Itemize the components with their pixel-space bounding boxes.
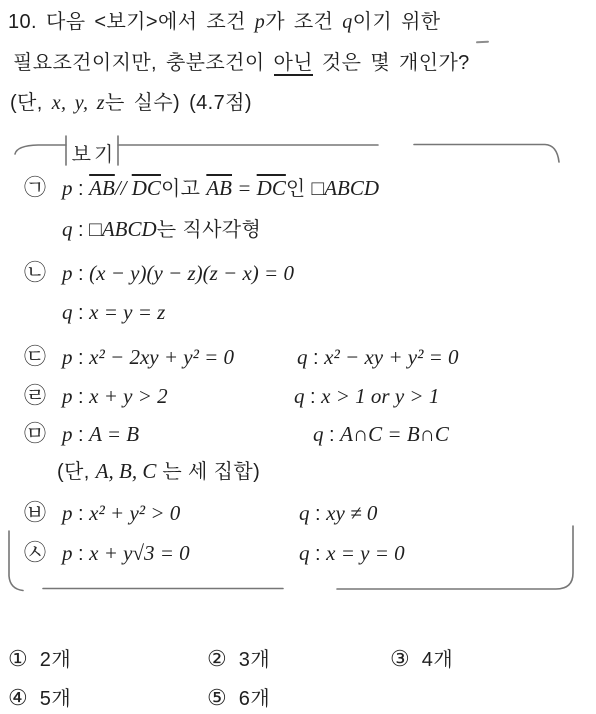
- p-label: p: [62, 261, 73, 285]
- choice-label: 2개: [40, 649, 71, 671]
- korean-text: 이고: [161, 178, 206, 200]
- korean-text: 는 직사각형: [157, 219, 262, 241]
- scan-artifact-dash: [476, 41, 489, 44]
- item-marker-5: ㉤: [24, 419, 46, 449]
- q-label: q: [299, 541, 310, 565]
- item-marker-1: ㉠: [24, 173, 46, 203]
- q-formula: A∩C = B∩C: [340, 422, 449, 446]
- q-label: q: [299, 501, 310, 525]
- colon: :: [73, 424, 90, 446]
- colon: :: [305, 386, 322, 408]
- item-marker-3: ㉢: [24, 342, 46, 372]
- question-text: 다음 <보기>에서 조건: [46, 11, 255, 33]
- list-item-1-q: q : □ABCD는 직사각형: [0, 214, 596, 246]
- colon: :: [73, 263, 90, 285]
- choice-4: ④5개: [8, 684, 71, 714]
- p-label: p: [62, 541, 73, 565]
- colon: :: [73, 386, 90, 408]
- p-label: p: [62, 384, 73, 408]
- exam-question-page: 10. 다음 <보기>에서 조건 p가 조건 q이기 위한 필요조건이지만, 충…: [0, 0, 596, 714]
- question-text: 이기 위한: [353, 11, 441, 33]
- vars-xyz: x, y, z: [52, 92, 105, 114]
- colon: :: [73, 219, 90, 241]
- p-formula: x² + y² > 0: [89, 501, 180, 525]
- question-line-1: 10. 다음 <보기>에서 조건 p가 조건 q이기 위한: [8, 8, 441, 36]
- choice-number: ②: [207, 646, 227, 671]
- question-text: 는 실수) (4.7점): [105, 92, 252, 114]
- q-formula: x > 1 or y > 1: [321, 384, 439, 408]
- choice-number: ③: [390, 646, 410, 671]
- question-text: 가 조건: [265, 11, 342, 33]
- q-formula: x = y = 0: [326, 541, 404, 565]
- choice-number: ⑤: [207, 685, 227, 710]
- question-text: (단,: [10, 92, 52, 114]
- list-item-3: ㉢ p : x² − 2xy + y² = 0 q : x² − xy + y²…: [0, 342, 596, 374]
- segment-AB-overline: AB: [206, 176, 232, 200]
- list-item-4: ㉣ p : x + y > 2 q : x > 1 or y > 1: [0, 381, 596, 413]
- choice-2: ②3개: [207, 645, 270, 676]
- p-formula: x² − 2xy + y² = 0: [89, 345, 234, 369]
- choice-number: ④: [8, 685, 28, 710]
- p-formula: A = B: [89, 422, 139, 446]
- q-label: q: [313, 422, 324, 446]
- p-formula: x + y√3 = 0: [89, 541, 190, 565]
- q-label: q: [62, 217, 73, 241]
- p-label: p: [62, 176, 73, 200]
- q-label: q: [62, 300, 73, 324]
- segment-DC-overline: DC: [257, 176, 286, 200]
- sets-ABC: A, B, C: [96, 459, 157, 483]
- list-item-7: ㉦ p : x + y√3 = 0 q : x = y = 0: [0, 538, 596, 570]
- colon: :: [308, 347, 325, 369]
- choice-label: 4개: [422, 649, 453, 671]
- colon: :: [310, 543, 327, 565]
- colon: :: [73, 178, 90, 200]
- item-marker-6: ㉥: [24, 498, 46, 528]
- segment-DC-overline: DC: [132, 176, 161, 200]
- list-item-2-p: ㉡ p : (x − y)(y − z)(z − x) = 0: [0, 258, 596, 290]
- question-text: 필요조건이지만, 충분조건이: [13, 52, 274, 74]
- item-marker-7: ㉦: [24, 538, 46, 568]
- choice-1: ①2개: [8, 645, 71, 676]
- list-item-1-p: ㉠ p : AB// DC이고 AB = DC인 □ABCD: [0, 173, 596, 205]
- question-text: 것은 몇 개인가?: [313, 52, 470, 74]
- note-text: (단,: [57, 461, 96, 483]
- p-formula: x + y > 2: [89, 384, 167, 408]
- bogi-box: 보기 ㉠ p : AB// DC이고 AB = DC인 □ABCD q : □A…: [0, 128, 596, 606]
- p-formula: (x − y)(y − z)(z − x) = 0: [89, 261, 294, 285]
- list-item-2-q: q : x = y = z: [0, 297, 596, 329]
- choice-label: 6개: [239, 688, 270, 710]
- q-label: q: [294, 384, 305, 408]
- choice-label: 5개: [40, 688, 71, 710]
- colon: :: [310, 503, 327, 525]
- choice-label: 3개: [239, 649, 270, 671]
- colon: :: [73, 302, 90, 324]
- item-marker-2: ㉡: [24, 258, 46, 288]
- segment-AB-overline: AB: [89, 176, 115, 200]
- p-label: p: [62, 422, 73, 446]
- bogi-label: 보기: [69, 138, 119, 167]
- choice-5: ⑤6개: [207, 684, 270, 714]
- item-marker-4: ㉣: [24, 381, 46, 411]
- underlined-word: 아닌: [274, 52, 313, 76]
- q-label: q: [297, 345, 308, 369]
- equals-sign: =: [232, 176, 257, 200]
- colon: :: [73, 503, 90, 525]
- list-item-6: ㉥ p : x² + y² > 0 q : xy ≠ 0: [0, 498, 596, 530]
- q-formula: xy ≠ 0: [326, 501, 377, 525]
- choice-number: ①: [8, 646, 28, 671]
- var-q: q: [342, 11, 352, 33]
- quad-ABCD: □ABCD: [312, 176, 380, 200]
- q-formula: x² − xy + y² = 0: [324, 345, 458, 369]
- p-label: p: [62, 501, 73, 525]
- var-p: p: [255, 11, 265, 33]
- colon: :: [73, 347, 90, 369]
- choice-3: ③4개: [390, 645, 453, 676]
- q-formula: x = y = z: [89, 300, 165, 324]
- korean-text: 인: [286, 178, 312, 200]
- parallel-sign: //: [115, 176, 132, 200]
- quad-ABCD: □ABCD: [89, 217, 157, 241]
- p-label: p: [62, 345, 73, 369]
- question-line-2: 필요조건이지만, 충분조건이 아닌 것은 몇 개인가?: [13, 49, 470, 77]
- colon: :: [73, 543, 90, 565]
- list-item-5: ㉤ p : A = B q : A∩C = B∩C: [0, 419, 596, 451]
- question-line-3: (단, x, y, z는 실수) (4.7점): [10, 89, 252, 117]
- question-number: 10.: [8, 11, 37, 33]
- list-item-5-note: (단, A, B, C 는 세 집합): [0, 456, 596, 488]
- colon: :: [324, 424, 341, 446]
- note-text: 는 세 집합): [156, 461, 260, 483]
